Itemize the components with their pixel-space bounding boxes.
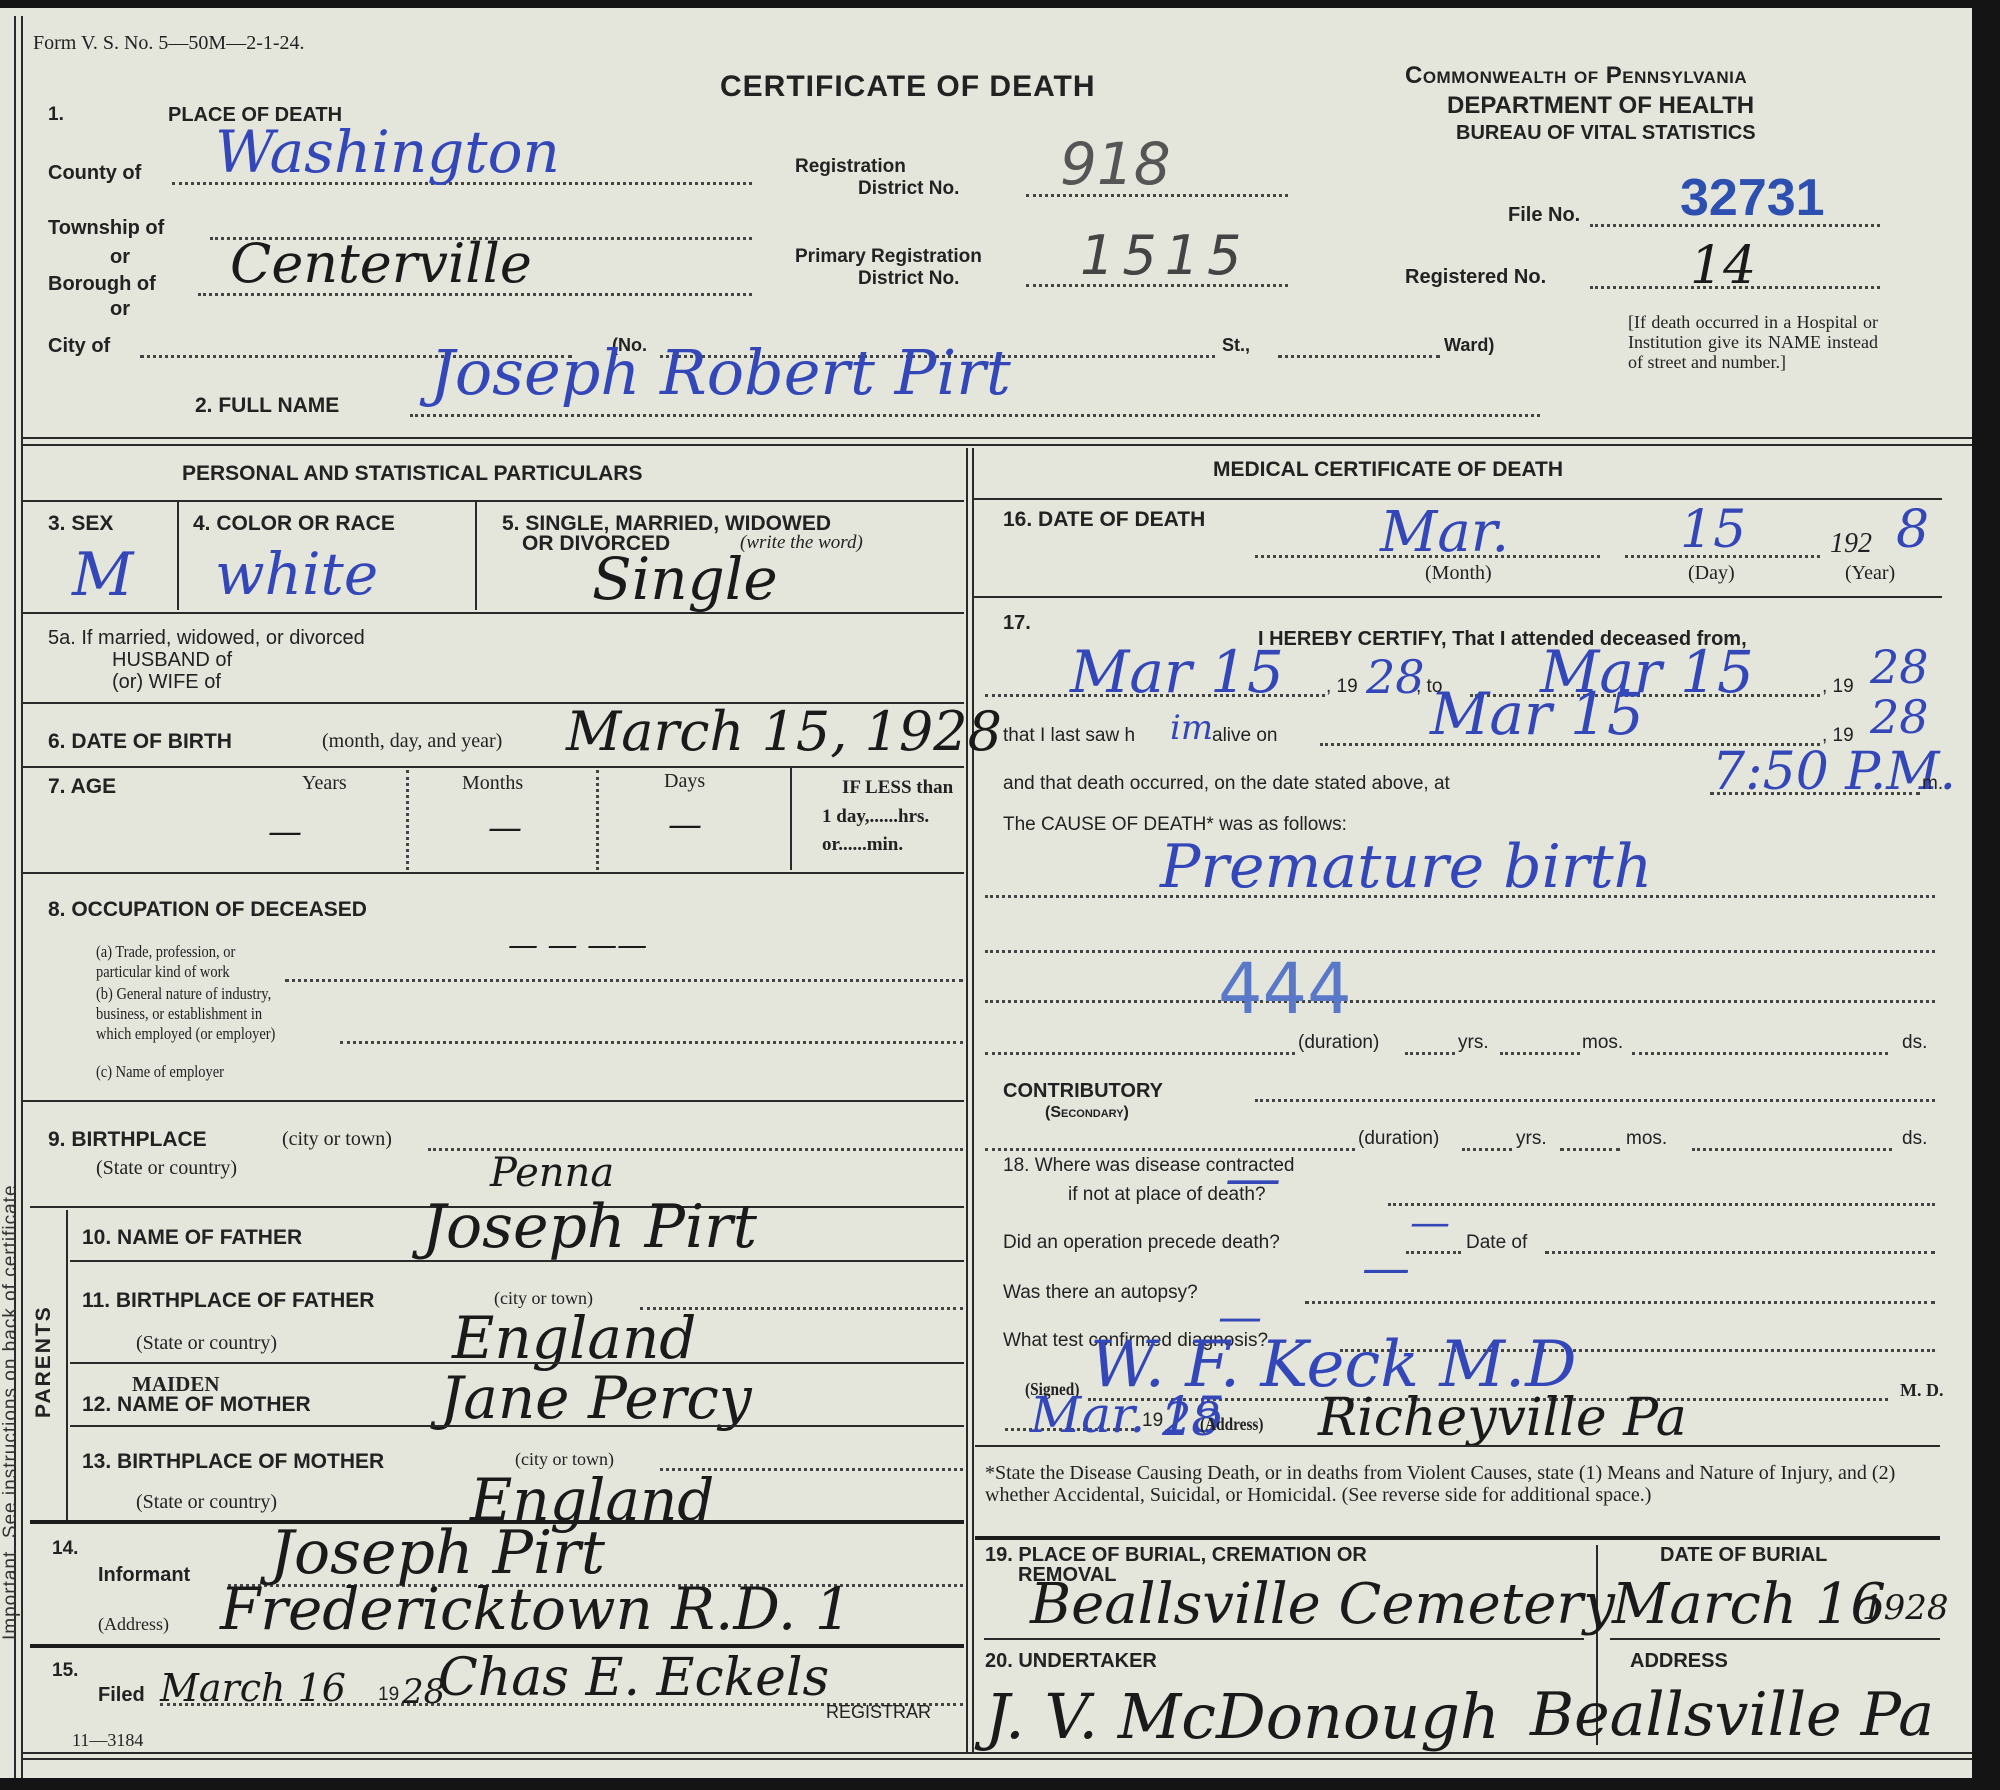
last-saw-year[interactable]: 28 (1870, 690, 1929, 744)
center-divider (972, 448, 974, 1753)
divider (70, 1425, 964, 1427)
ward-label: Ward) (1444, 335, 1494, 356)
divider (974, 596, 1942, 598)
authority-bureau: BUREAU OF VITAL STATISTICS (1456, 122, 1756, 145)
marital-value[interactable]: Single (592, 545, 778, 613)
duration-years-field-line (1405, 1052, 1455, 1055)
death-month-value[interactable]: Mar. (1380, 500, 1509, 565)
race-label: 4. COLOR OR RACE (193, 512, 395, 536)
cause-of-death-value[interactable]: Premature birth (1160, 832, 1652, 902)
margin-instructions: Important. See instructions on back of c… (0, 1178, 22, 1640)
divider (22, 766, 964, 768)
item-18-value[interactable]: — (1225, 1146, 1281, 1211)
years-label: yrs. (1458, 1032, 1489, 1054)
county-value[interactable]: Washington (215, 118, 560, 186)
age-months-value[interactable]: — (488, 808, 522, 848)
wife-label: (or) WIFE of (112, 671, 221, 694)
age-days-label: Days (664, 770, 705, 793)
operation-field-line (1406, 1251, 1461, 1254)
spouse-label: 5a. If married, widowed, or divorced (48, 627, 365, 650)
item-18-field-line (1388, 1203, 1935, 1206)
operation-date-label: Date of (1466, 1232, 1527, 1254)
mother-name-label: 12. NAME OF MOTHER (82, 1393, 311, 1417)
months-label: mos. (1626, 1128, 1667, 1150)
age-minutes-label: or......min. (822, 834, 903, 856)
borough-value[interactable]: Centerville (230, 232, 532, 295)
district-no-label: District No. (858, 178, 959, 200)
form-number: Form V. S. No. 5—50M—2-1-24. (33, 32, 305, 55)
medical-section-title: MEDICAL CERTIFICATE OF DEATH (1213, 458, 1563, 482)
burial-date-label: DATE OF BURIAL (1660, 1544, 1827, 1567)
mother-birthplace-label: 13. BIRTHPLACE OF MOTHER (82, 1450, 384, 1474)
informant-address-label: (Address) (98, 1614, 169, 1635)
duration-days-field-line (1632, 1052, 1888, 1055)
father-birthplace-state-note: (State or country) (136, 1332, 277, 1355)
birthplace-city-note: (city or town) (282, 1128, 392, 1151)
husband-label: HUSBAND of (112, 649, 232, 672)
sex-value[interactable]: M (72, 540, 133, 610)
borough-label: Borough of (48, 273, 156, 296)
filed-date-value[interactable]: March 16 (160, 1666, 346, 1710)
burial-date-value[interactable]: March 16 (1612, 1572, 1886, 1637)
occupation-c-label: (c) Name of employer (96, 1062, 224, 1082)
autopsy-field-line (1305, 1301, 1935, 1304)
age-months-label: Months (462, 772, 523, 795)
duration-months-field-line (1500, 1052, 1580, 1055)
burial-place-value[interactable]: Beallsville Cemetery (1030, 1572, 1615, 1637)
divider (22, 872, 964, 874)
or-label: or (110, 298, 130, 321)
divider (975, 1445, 1940, 1447)
dob-label: 6. DATE OF BIRTH (48, 730, 232, 754)
contributory-duration-field-line (985, 1148, 1355, 1151)
signed-year-prefix: 19 (1142, 1410, 1163, 1432)
divider (22, 437, 1972, 439)
divider (22, 1100, 964, 1102)
cause-footnote: *State the Disease Causing Death, or in … (985, 1462, 1935, 1506)
autopsy-label: Was there an autopsy? (1003, 1282, 1198, 1304)
divider (70, 1260, 964, 1262)
occupation-b-label-3: which employed (or employer) (96, 1024, 275, 1044)
cause-code-value: 444 (1218, 948, 1352, 1030)
age-label: 7. AGE (48, 775, 116, 799)
authority-department: DEPARTMENT OF HEALTH (1447, 92, 1754, 120)
street-label: St., (1222, 335, 1250, 356)
secondary-label: (Secondary) (1045, 1104, 1129, 1122)
death-time-label: and that death occurred, on the date sta… (1003, 773, 1450, 795)
age-column-divider (406, 770, 409, 870)
contributory-days-field-line (1692, 1148, 1892, 1151)
primary-district-no-label: District No. (858, 268, 959, 290)
authority-commonwealth: Commonwealth of Pennsylvania (1405, 62, 1747, 90)
month-caption: (Month) (1425, 562, 1492, 585)
father-name-value[interactable]: Joseph Pirt (422, 1192, 757, 1262)
year-caption: (Year) (1845, 562, 1895, 585)
occupation-a-value[interactable]: — — —— (508, 928, 647, 963)
birthplace-label: 9. BIRTHPLACE (48, 1128, 207, 1152)
death-time-suffix: m. (1922, 773, 1943, 795)
mother-name-value[interactable]: Jane Percy (440, 1364, 752, 1432)
death-day-value[interactable]: 15 (1680, 500, 1746, 560)
dob-note: (month, day, and year) (322, 730, 502, 753)
death-year-prefix: 192 (1830, 528, 1872, 560)
age-years-value[interactable]: — (268, 812, 302, 852)
full-name-field-line (410, 414, 1540, 417)
birthplace-state-note: (State or country) (96, 1157, 237, 1180)
age-less-than-label: IF LESS than (842, 777, 953, 799)
personal-section-title: PERSONAL AND STATISTICAL PARTICULARS (182, 462, 642, 486)
district-value[interactable]: 918 (1060, 130, 1171, 198)
hospital-note: [If death occurred in a Hospital or Inst… (1628, 312, 1878, 372)
death-year-digit[interactable]: 8 (1896, 500, 1929, 560)
burial-year-value[interactable]: 1928 (1862, 1588, 1949, 1628)
operation-label: Did an operation precede death? (1003, 1232, 1280, 1254)
township-label: Township of (48, 217, 164, 240)
occupation-label: 8. OCCUPATION OF DECEASED (48, 898, 367, 922)
contributory-label: CONTRIBUTORY (1003, 1080, 1163, 1103)
contributory-field-line (1255, 1099, 1935, 1102)
cause-field-line (985, 1000, 1935, 1003)
race-value[interactable]: white (215, 540, 378, 608)
county-label: County of (48, 162, 141, 185)
duration-label: (duration) (1298, 1032, 1379, 1054)
years-label: yrs. (1516, 1128, 1547, 1150)
full-name-label: 2. FULL NAME (195, 394, 339, 418)
age-years-label: Years (302, 772, 347, 795)
undertaker-address-value[interactable]: Beallsville Pa (1530, 1680, 1934, 1750)
operation-value[interactable]: — (1410, 1200, 1450, 1246)
age-hours-label: 1 day,......hrs. (822, 806, 929, 828)
occupation-b-field-line (340, 1041, 963, 1044)
filed-year-prefix: 19 (378, 1684, 399, 1706)
center-divider (966, 448, 968, 1753)
physician-address-label: (Address) (1200, 1414, 1263, 1435)
attended-from-year-prefix: , 19 (1326, 676, 1358, 698)
bottom-border (22, 1758, 1972, 1760)
column-divider (475, 502, 477, 610)
full-name-value[interactable]: Joseph Robert Pirt (430, 336, 1011, 409)
attended-from-value[interactable]: Mar 15 (1070, 638, 1284, 706)
duration-label: (duration) (1358, 1128, 1439, 1150)
days-label: ds. (1902, 1128, 1927, 1150)
registered-no-label: Registered No. (1405, 266, 1546, 289)
item-15-number: 15. (52, 1660, 78, 1682)
age-column-divider (790, 768, 792, 870)
registrar-signature[interactable]: Chas E. Eckels (438, 1648, 829, 1708)
divider (975, 1536, 1940, 1540)
undertaker-value[interactable]: J. V. McDonough (985, 1680, 1500, 1753)
registration-label: Registration (795, 156, 906, 178)
or-label: or (110, 246, 130, 269)
months-label: mos. (1582, 1032, 1623, 1054)
physician-address-value[interactable]: Richeyville Pa (1318, 1388, 1687, 1448)
item-14-number: 14. (52, 1538, 78, 1560)
contributory-months-field-line (1560, 1148, 1620, 1151)
md-label: M. D. (1900, 1380, 1944, 1401)
mother-birthplace-state-note: (State or country) (136, 1491, 277, 1514)
father-name-label: 10. NAME OF FATHER (82, 1226, 302, 1250)
sex-label: 3. SEX (48, 512, 113, 536)
occupation-a-field-line (285, 979, 963, 982)
registrar-label: REGISTRAR (826, 1702, 931, 1723)
occupation-b-label: (b) General nature of industry, (96, 984, 271, 1004)
last-saw-pronoun[interactable]: im (1170, 708, 1213, 748)
primary-district-value[interactable]: 1515 (1080, 224, 1249, 287)
last-saw-value[interactable]: Mar 15 (1430, 680, 1644, 748)
age-days-value[interactable]: — (668, 805, 702, 845)
column-divider (177, 502, 179, 610)
dob-value[interactable]: March 15, 1928 (566, 700, 1002, 763)
autopsy-value[interactable]: — (1362, 1240, 1410, 1296)
ward-field-line (1278, 355, 1440, 358)
days-label: ds. (1902, 1032, 1927, 1054)
certificate-title: CERTIFICATE OF DEATH (720, 70, 1096, 104)
last-saw-label: that I last saw h (1003, 725, 1135, 747)
filed-label: Filed (98, 1684, 145, 1707)
occupation-a-label-2: particular kind of work (96, 962, 230, 982)
divider (22, 612, 964, 614)
cause-field-line (985, 950, 1935, 953)
undertaker-label: 20. UNDERTAKER (985, 1650, 1157, 1673)
divider (984, 1638, 1584, 1640)
divider (22, 444, 1972, 446)
file-no-value: 32731 (1680, 168, 1825, 228)
informant-address-value[interactable]: Fredericktown R.D. 1 (220, 1575, 852, 1643)
age-column-divider (596, 770, 599, 870)
attended-to-year[interactable]: 28 (1870, 640, 1929, 694)
attended-to-year-prefix: , 19 (1822, 676, 1854, 698)
divider (22, 500, 964, 502)
occupation-b-label-2: business, or establishment in (96, 1004, 262, 1024)
day-caption: (Day) (1688, 562, 1735, 585)
city-label: City of (48, 335, 110, 358)
print-code: 11—3184 (72, 1730, 143, 1751)
death-time-value[interactable]: 7:50 P.M. (1712, 742, 1956, 802)
last-saw-label-2: alive on (1212, 725, 1278, 747)
file-no-label: File No. (1508, 204, 1580, 227)
occupation-a-label: (a) Trade, profession, or (96, 942, 235, 962)
divider (1610, 1638, 1940, 1640)
primary-registration-label: Primary Registration (795, 246, 982, 268)
registered-no-value[interactable]: 14 (1690, 236, 1756, 296)
informant-label: Informant (98, 1564, 190, 1587)
birthplace-value[interactable]: Penna (490, 1150, 614, 1196)
operation-date-field-line (1545, 1251, 1935, 1254)
item-17-number: 17. (1003, 612, 1031, 635)
duration-field-line (985, 1052, 1295, 1055)
item-1-number: 1. (48, 104, 64, 126)
date-of-death-label: 16. DATE OF DEATH (1003, 508, 1205, 532)
father-birthplace-label: 11. BIRTHPLACE OF FATHER (82, 1289, 374, 1313)
contributory-years-field-line (1462, 1148, 1512, 1151)
parents-bracket (66, 1210, 68, 1520)
undertaker-address-label: ADDRESS (1630, 1650, 1728, 1673)
parents-side-label: PARENTS (32, 1305, 56, 1418)
